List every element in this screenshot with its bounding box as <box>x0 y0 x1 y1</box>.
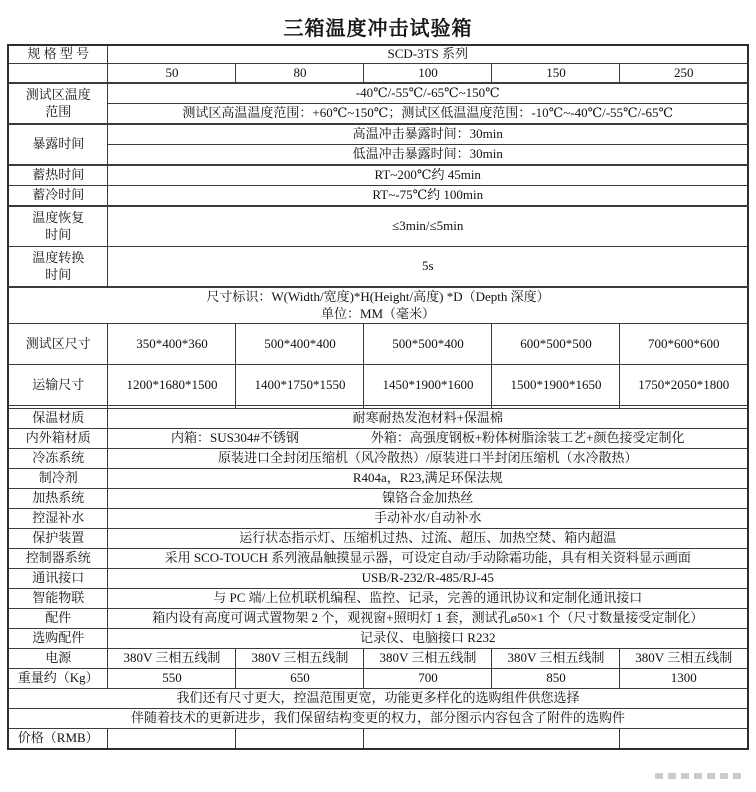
row-heating: 加热系统 镍铬合金加热丝 <box>8 489 748 509</box>
power-100: 380V 三相五线制 <box>364 649 492 669</box>
heating-value: 镍铬合金加热丝 <box>108 489 748 509</box>
comm-port-label: 通讯接口 <box>8 569 108 589</box>
row-humidity-water: 控湿补水 手动补水/自动补水 <box>8 509 748 529</box>
row-temp-switch: 温度转换 时间 5s <box>8 247 748 288</box>
power-80: 380V 三相五线制 <box>236 649 364 669</box>
cabinet-material-value: 内箱：SUS304#不锈钢 外箱：高强度钢板+粉体树脂涂装工艺+颜色接受定制化 <box>108 429 748 449</box>
transport-size-80: 1400*1750*1550 <box>236 365 364 406</box>
price-cell-3 <box>364 729 620 750</box>
row-weight: 重量约（Kg） 550 650 700 850 1300 <box>8 669 748 689</box>
weight-50: 550 <box>108 669 236 689</box>
row-dimension-note: 尺寸标识：W(Width/宽度)*H(Height/高度) *D（Depth 深… <box>8 287 748 324</box>
test-area-size-80: 500*400*400 <box>236 324 364 365</box>
protection-label: 保护装置 <box>8 529 108 549</box>
row-controller: 控制器系统 采用 SCO-TOUCH 系列液晶触摸显示器，可设定自动/手动除霜功… <box>8 549 748 569</box>
row-temp-range-overall: 测试区温度 范围 -40℃/-55℃/-65℃~150℃ <box>8 83 748 104</box>
test-area-size-150: 600*500*500 <box>492 324 620 365</box>
row-series: 规 格 型 号 SCD-3TS 系列 <box>8 45 748 64</box>
optional-label: 选购配件 <box>8 629 108 649</box>
weight-100: 700 <box>364 669 492 689</box>
cold-storage-value: RT~-75℃约 100min <box>108 186 748 207</box>
price-cell-2 <box>236 729 364 750</box>
accessories-value: 箱内设有高度可调式置物架 2 个，观视窗+照明灯 1 套，测试孔ø50×1 个（… <box>108 609 748 629</box>
cold-storage-label: 蓄冷时间 <box>8 186 108 207</box>
temp-range-label: 测试区温度 范围 <box>8 83 108 124</box>
dimension-note: 尺寸标识：W(Width/宽度)*H(Height/高度) *D（Depth 深… <box>8 287 748 324</box>
weight-250: 1300 <box>620 669 748 689</box>
power-50: 380V 三相五线制 <box>108 649 236 669</box>
note-options: 我们还有尺寸更大，控温范围更宽，功能更多样化的选购组件供您选择 <box>8 689 748 709</box>
temp-recovery-label: 温度恢复 时间 <box>8 206 108 247</box>
model-100: 100 <box>364 64 492 84</box>
power-250: 380V 三相五线制 <box>620 649 748 669</box>
transport-size-100: 1450*1900*1600 <box>364 365 492 406</box>
iot-value: 与 PC 端/上位机联机编程、监控、记录，完善的通讯协议和定制化通讯接口 <box>108 589 748 609</box>
row-accessories: 配件 箱内设有高度可调式置物架 2 个，观视窗+照明灯 1 套，测试孔ø50×1… <box>8 609 748 629</box>
refrigerant-value: R404a，R23,满足环保法规 <box>108 469 748 489</box>
temp-switch-label: 温度转换 时间 <box>8 247 108 288</box>
series-name: SCD-3TS 系列 <box>108 45 748 64</box>
row-exposure-high: 暴露时间 高温冲击暴露时间：30min <box>8 124 748 145</box>
accessories-label: 配件 <box>8 609 108 629</box>
humidity-water-value: 手动补水/自动补水 <box>108 509 748 529</box>
cabinet-inner: 内箱：SUS304#不锈钢 <box>171 430 299 446</box>
row-optional: 选购配件 记录仪、电脑接口 R232 <box>8 629 748 649</box>
exposure-high: 高温冲击暴露时间：30min <box>108 124 748 145</box>
heating-label: 加热系统 <box>8 489 108 509</box>
row-comm-port: 通讯接口 USB/R-232/R-485/RJ-45 <box>8 569 748 589</box>
test-area-size-50: 350*400*360 <box>108 324 236 365</box>
refrigeration-value: 原装进口全封闭压缩机（风冷散热）/原装进口半封闭压缩机（水冷散热） <box>108 449 748 469</box>
row-price: 价格（RMB） <box>8 729 748 750</box>
weight-80: 650 <box>236 669 364 689</box>
row-cabinet-material: 内外箱材质 内箱：SUS304#不锈钢 外箱：高强度钢板+粉体树脂涂装工艺+颜色… <box>8 429 748 449</box>
weight-label: 重量约（Kg） <box>8 669 108 689</box>
heat-storage-label: 蓄热时间 <box>8 165 108 186</box>
watermark-smudge <box>650 773 746 779</box>
model-150: 150 <box>492 64 620 84</box>
row-note2: 伴随着技术的更新进步，我们保留结构变更的权力，部分图示内容包含了附件的选购件 <box>8 709 748 729</box>
iot-label: 智能物联 <box>8 589 108 609</box>
model-50: 50 <box>108 64 236 84</box>
row-refrigerant: 制冷剂 R404a，R23,满足环保法规 <box>8 469 748 489</box>
row-temp-recovery: 温度恢复 时间 ≤3min/≤5min <box>8 206 748 247</box>
model-80: 80 <box>236 64 364 84</box>
test-area-size-label: 测试区尺寸 <box>8 324 108 365</box>
power-label: 电源 <box>8 649 108 669</box>
page-title: 三箱温度冲击试验箱 <box>0 0 756 44</box>
row-models: 50 80 100 150 250 <box>8 64 748 84</box>
transport-size-50: 1200*1680*1500 <box>108 365 236 406</box>
heat-storage-value: RT~200℃约 45min <box>108 165 748 186</box>
temp-range-detail: 测试区高温温度范围：+60℃~150℃；测试区低温温度范围：-10℃~-40℃/… <box>108 104 748 125</box>
row-test-area-size: 测试区尺寸 350*400*360 500*400*400 500*500*40… <box>8 324 748 365</box>
row-cold-storage: 蓄冷时间 RT~-75℃约 100min <box>8 186 748 207</box>
cabinet-outer: 外箱：高强度钢板+粉体树脂涂装工艺+颜色接受定制化 <box>371 430 685 446</box>
temp-switch-value: 5s <box>108 247 748 288</box>
price-cell-1 <box>108 729 236 750</box>
price-label: 价格（RMB） <box>8 729 108 750</box>
comm-port-value: USB/R-232/R-485/RJ-45 <box>108 569 748 589</box>
transport-size-label: 运输尺寸 <box>8 365 108 406</box>
exposure-low: 低温冲击暴露时间：30min <box>108 145 748 166</box>
refrigerant-label: 制冷剂 <box>8 469 108 489</box>
controller-value: 采用 SCO-TOUCH 系列液晶触摸显示器，可设定自动/手动除霜功能，具有相关… <box>108 549 748 569</box>
spec-table: 规 格 型 号 SCD-3TS 系列 50 80 100 150 250 测试区… <box>7 44 749 750</box>
temp-range-overall: -40℃/-55℃/-65℃~150℃ <box>108 83 748 104</box>
row-refrigeration: 冷冻系统 原装进口全封闭压缩机（风冷散热）/原装进口半封闭压缩机（水冷散热） <box>8 449 748 469</box>
controller-label: 控制器系统 <box>8 549 108 569</box>
spec-model-label: 规 格 型 号 <box>8 45 108 64</box>
humidity-water-label: 控湿补水 <box>8 509 108 529</box>
protection-value: 运行状态指示灯、压缩机过热、过流、超压、加热空焚、箱内超温 <box>108 529 748 549</box>
insulation-label: 保温材质 <box>8 409 108 429</box>
transport-size-250: 1750*2050*1800 <box>620 365 748 406</box>
transport-size-150: 1500*1900*1650 <box>492 365 620 406</box>
row-protection: 保护装置 运行状态指示灯、压缩机过热、过流、超压、加热空焚、箱内超温 <box>8 529 748 549</box>
weight-150: 850 <box>492 669 620 689</box>
optional-value: 记录仪、电脑接口 R232 <box>108 629 748 649</box>
cabinet-material-label: 内外箱材质 <box>8 429 108 449</box>
price-cell-4 <box>620 729 748 750</box>
temp-recovery-value: ≤3min/≤5min <box>108 206 748 247</box>
models-empty-label <box>8 64 108 84</box>
row-note1: 我们还有尺寸更大，控温范围更宽，功能更多样化的选购组件供您选择 <box>8 689 748 709</box>
refrigeration-label: 冷冻系统 <box>8 449 108 469</box>
row-heat-storage: 蓄热时间 RT~200℃约 45min <box>8 165 748 186</box>
insulation-value: 耐寒耐热发泡材料+保温棉 <box>108 409 748 429</box>
note-disclaimer: 伴随着技术的更新进步，我们保留结构变更的权力，部分图示内容包含了附件的选购件 <box>8 709 748 729</box>
row-iot: 智能物联 与 PC 端/上位机联机编程、监控、记录，完善的通讯协议和定制化通讯接… <box>8 589 748 609</box>
model-250: 250 <box>620 64 748 84</box>
row-insulation: 保温材质 耐寒耐热发泡材料+保温棉 <box>8 409 748 429</box>
test-area-size-250: 700*600*600 <box>620 324 748 365</box>
power-150: 380V 三相五线制 <box>492 649 620 669</box>
row-exposure-low: 低温冲击暴露时间：30min <box>8 145 748 166</box>
exposure-label: 暴露时间 <box>8 124 108 165</box>
row-temp-range-detail: 测试区高温温度范围：+60℃~150℃；测试区低温温度范围：-10℃~-40℃/… <box>8 104 748 125</box>
row-power: 电源 380V 三相五线制 380V 三相五线制 380V 三相五线制 380V… <box>8 649 748 669</box>
test-area-size-100: 500*500*400 <box>364 324 492 365</box>
row-transport-size: 运输尺寸 1200*1680*1500 1400*1750*1550 1450*… <box>8 365 748 406</box>
